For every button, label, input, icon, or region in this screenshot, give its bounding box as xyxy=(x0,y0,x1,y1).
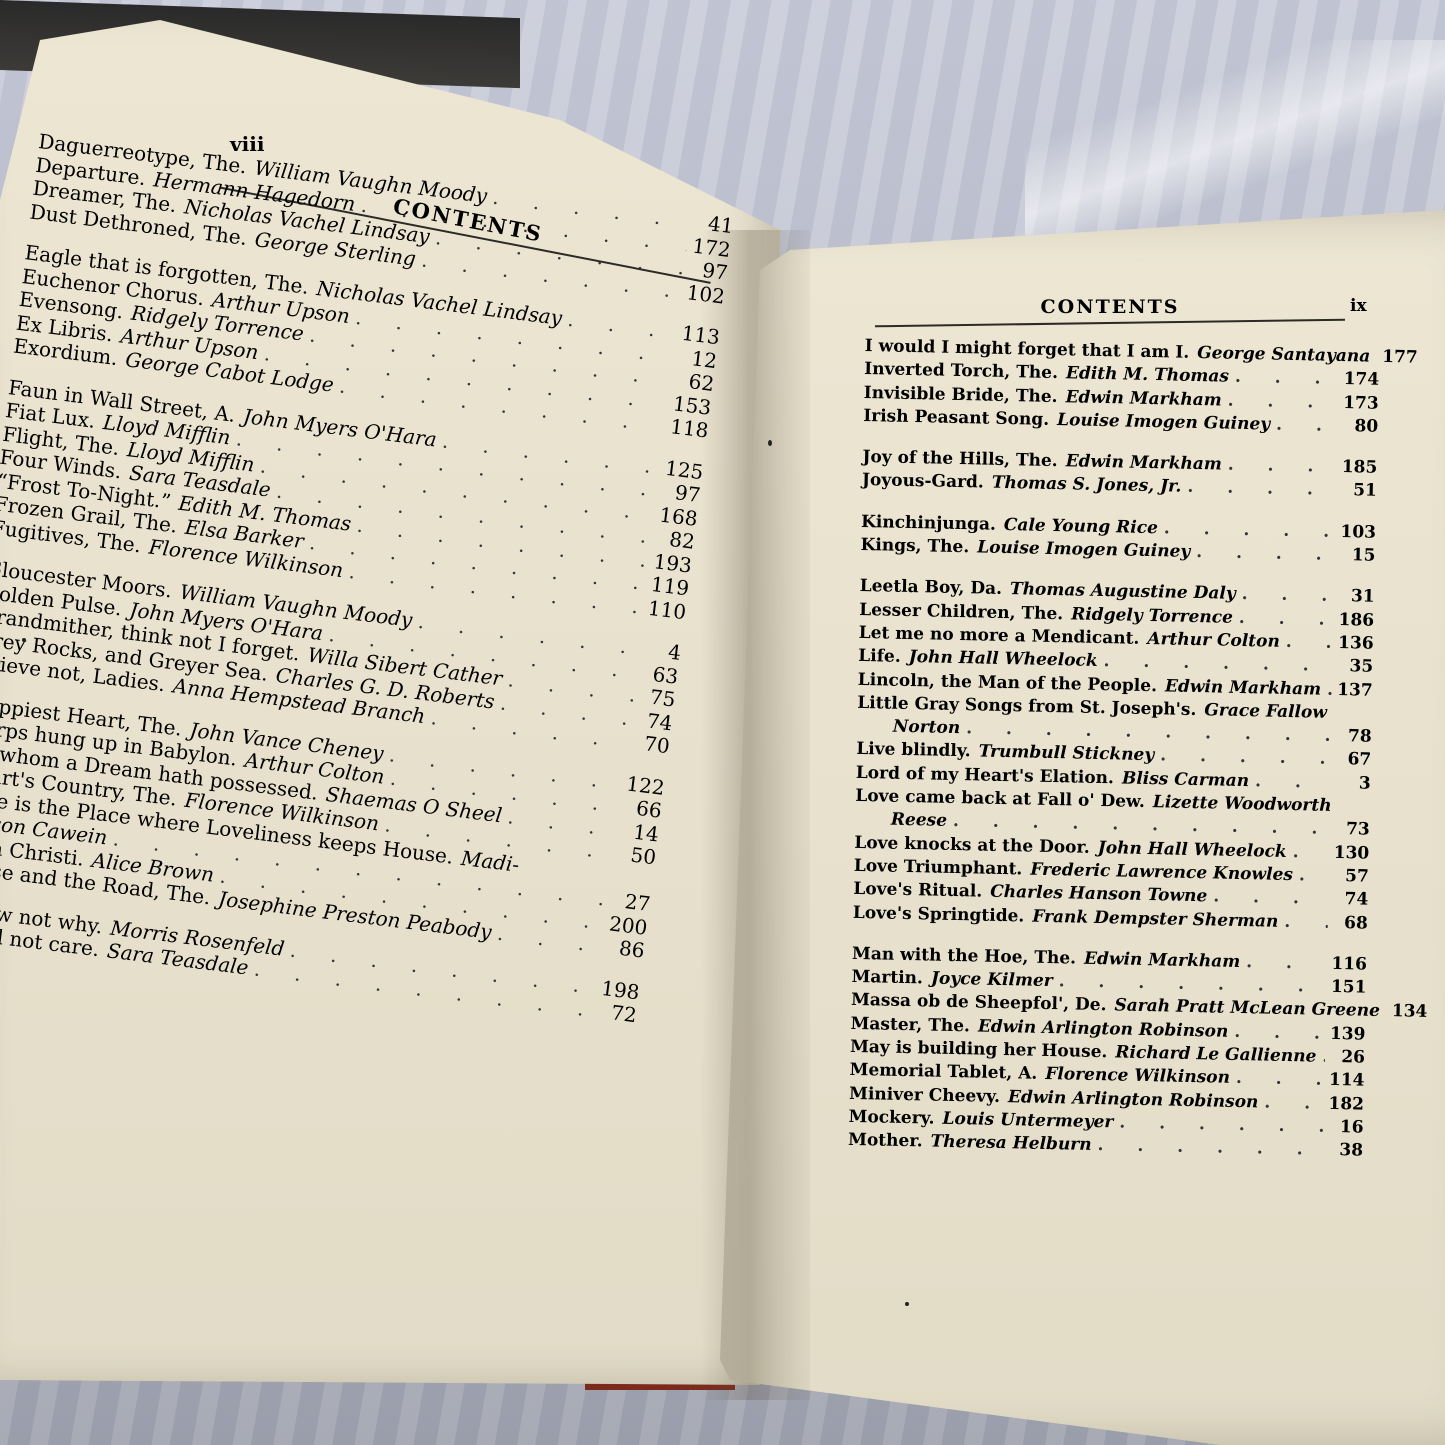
page-number: 38 xyxy=(1329,1139,1363,1163)
page-number: 139 xyxy=(1330,1023,1366,1047)
poem-author: Edwin Markham xyxy=(1065,450,1222,477)
page-number: 136 xyxy=(1338,632,1374,656)
page-number: 73 xyxy=(1335,818,1369,842)
poem-title: Mother. xyxy=(848,1129,923,1154)
ink-speck xyxy=(905,1302,909,1306)
page-number: 102 xyxy=(685,281,726,309)
page-number: 3 xyxy=(1336,772,1370,796)
page-number: 186 xyxy=(1338,609,1374,633)
page-number: 114 xyxy=(1329,1069,1365,1093)
dot-leader xyxy=(1292,841,1328,865)
poem-author: Louise Imogen Guiney xyxy=(1057,409,1271,437)
dot-leader xyxy=(1276,414,1339,439)
page-number: 35 xyxy=(1339,655,1373,679)
dot-leader xyxy=(1322,1046,1325,1069)
ink-speck xyxy=(768,440,772,446)
page-number: 173 xyxy=(1343,392,1379,416)
page-number: 72 xyxy=(601,1000,638,1027)
poem-title: Love's Ritual. xyxy=(853,878,982,904)
page-number: 26 xyxy=(1331,1046,1365,1070)
dot-leader xyxy=(1284,910,1328,934)
page-number: 134 xyxy=(1392,1001,1426,1025)
poem-title: Kings, The. xyxy=(860,534,969,560)
poem-title: Live blindly. xyxy=(856,738,971,764)
poem-author: Edwin Markham xyxy=(1084,948,1241,975)
dot-leader xyxy=(1239,607,1333,632)
page-number: 31 xyxy=(1340,585,1374,609)
page-number: 57 xyxy=(1335,865,1369,889)
plastic-wrap xyxy=(1025,40,1445,240)
dot-leader xyxy=(1241,583,1334,608)
page-number: 86 xyxy=(609,936,646,963)
dot-leader xyxy=(1213,886,1328,912)
page-number: 130 xyxy=(1334,842,1370,866)
page-number: 177 xyxy=(1382,346,1416,370)
dot-leader xyxy=(1255,770,1331,795)
page-number: 80 xyxy=(1344,415,1378,439)
right-page-heading: CONTENTS xyxy=(875,296,1345,318)
page-number: 67 xyxy=(1337,748,1371,772)
dot-leader xyxy=(1097,1134,1323,1162)
page-number: 118 xyxy=(669,415,710,443)
page-number: 50 xyxy=(621,842,658,869)
page-number: 182 xyxy=(1328,1092,1364,1116)
poem-title: Kinchinjunga. xyxy=(861,511,996,537)
dot-leader xyxy=(1299,864,1329,888)
page-number: 103 xyxy=(1340,521,1376,545)
page-number: 74 xyxy=(1334,888,1368,912)
right-page-number: ix xyxy=(1350,296,1367,316)
dot-leader xyxy=(1236,1067,1324,1092)
right-contents-list: I would I might forget that I am I.Georg… xyxy=(848,335,1380,1163)
page-number: 51 xyxy=(1343,480,1377,504)
poem-title: Miniver Cheevy. xyxy=(849,1082,1000,1108)
dot-leader xyxy=(1235,366,1338,391)
dot-leader xyxy=(1286,631,1333,655)
poem-title: Love Triumphant. xyxy=(854,855,1023,882)
poem-title: Mockery. xyxy=(848,1106,934,1131)
right-page-header: CONTENTS xyxy=(875,296,1345,324)
poem-author: Cale Young Rice xyxy=(1004,514,1158,541)
poem-author: Thomas S. Jones, Jr. xyxy=(992,472,1182,499)
poem-author: Edwin Markham xyxy=(1065,386,1222,413)
poem-title: Life. xyxy=(858,645,901,669)
poem-author: Theresa Helburn xyxy=(930,1131,1091,1158)
ink-speck xyxy=(22,638,26,642)
page-number: 70 xyxy=(634,731,671,758)
dot-leader xyxy=(1164,517,1335,544)
dot-leader xyxy=(1187,476,1337,502)
poem-author: Edith M. Thomas xyxy=(1066,363,1229,390)
poem-title: Master, The. xyxy=(850,1013,970,1039)
poem-author: Reese xyxy=(891,809,948,833)
dot-leader xyxy=(1196,541,1336,567)
page-number: 151 xyxy=(1331,976,1367,1000)
page-number: 185 xyxy=(1342,456,1378,480)
poem-author: Arthur Colton xyxy=(1147,628,1280,654)
poem-title: Martin. xyxy=(851,966,923,991)
poem-author: Louis Untermeyer xyxy=(942,1108,1113,1135)
poem-author: Grace Fallow xyxy=(1204,699,1327,725)
poem-author: Bliss Carman xyxy=(1122,767,1250,793)
page-number: 15 xyxy=(1341,544,1375,568)
poem-title: Leetla Boy, Da. xyxy=(859,575,1002,601)
page-number: 174 xyxy=(1343,368,1379,392)
page-number: 16 xyxy=(1329,1116,1363,1140)
poem-author: Norton xyxy=(893,716,961,741)
page-number: 78 xyxy=(1337,725,1371,749)
page-number: 68 xyxy=(1334,911,1368,935)
dot-leader xyxy=(1264,1091,1323,1116)
book-spine xyxy=(700,230,810,1400)
poem-title: Joyous-Gard. xyxy=(862,469,984,495)
page-number: 110 xyxy=(647,596,688,624)
dot-leader xyxy=(1246,951,1326,976)
poem-title: Love's Springtide. xyxy=(853,901,1025,928)
dot-leader xyxy=(1227,389,1337,415)
poem-author: Louise Imogen Guiney xyxy=(977,536,1191,564)
poem-author: Joyce Kilmer xyxy=(931,968,1053,994)
page-number: 116 xyxy=(1331,953,1367,977)
left-contents-list: Daguerreotype, The.William Vaughn Moody4… xyxy=(0,130,735,1028)
poem-author: Edwin Markham xyxy=(1165,675,1322,702)
page-number: 137 xyxy=(1337,679,1373,703)
dot-leader xyxy=(1234,1021,1324,1046)
dot-leader xyxy=(1327,678,1332,701)
dot-leader xyxy=(1228,454,1337,480)
poem-title: Irish Peasant Song. xyxy=(863,405,1049,432)
poem-author: Ridgely Torrence xyxy=(1071,603,1233,630)
